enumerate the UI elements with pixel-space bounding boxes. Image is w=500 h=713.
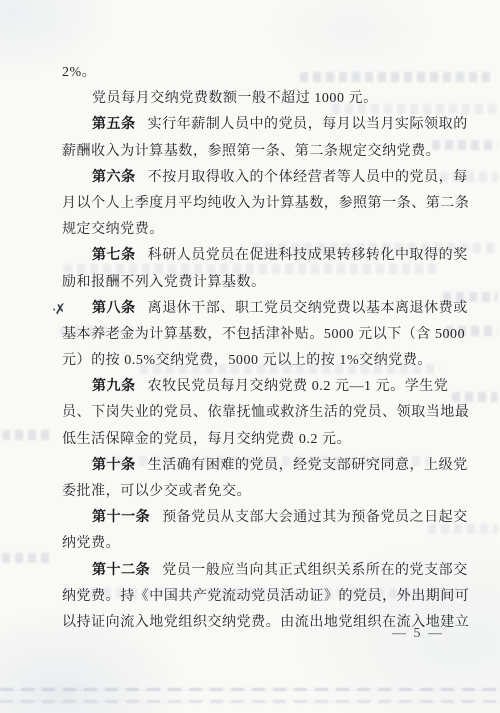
text-line: 第七条科研人员党员在促进科技成果转移转化中取得的奖 [62,243,446,269]
bleed-through-smudge [2,553,54,563]
text-line: 第十二条党员一般应当向其正式组织关系所在的党支部交 [62,558,446,584]
text-line: 纳党费。持《中国共产党流动党员活动证》的党员，外出期间可 [62,584,446,610]
line-text: 党员每月交纳党费数额一般不超过 1000 元。 [92,91,378,106]
text-line: 元）的按 0.5%交纳党费，5000 元以上的按 1%交纳党费。 [62,348,446,374]
text-line: 第十条生活确有困难的党员，经党支部研究同意，上级党 [62,453,446,479]
line-text: 生活确有困难的党员，经党支部研究同意，上级党 [148,458,468,473]
bleed-through-rule [0,700,500,703]
text-line: 基本养老金为计算基数，不包括津补贴。5000 元以下（含 5000 [62,322,446,348]
line-text: 科研人员党员在促进科技成果转移转化中取得的奖 [148,248,468,263]
scanned-document-page: { "page": { "number_label": "— 5 —" }, "… [0,0,500,713]
line-text: 离退休干部、职工党员交纳党费以基本离退休费或 [148,301,468,316]
line-text: 励和报酬不列入党费计算基数。 [62,275,266,290]
bleed-through-smudge [2,430,54,440]
body-text: 2%。党员每月交纳党费数额一般不超过 1000 元。第五条实行年薪制人员中的党员… [62,60,446,636]
article-number-heading: 第十一条 [92,510,150,525]
text-line: 纳党费。 [62,531,446,557]
article-number-heading: 第六条 [92,170,136,185]
text-line: 第六条不按月取得收入的个体经营者等人员中的党员，每 [62,165,446,191]
article-number-heading: 第七条 [92,248,136,263]
line-text: 纳党费。 [62,536,120,551]
text-line: ·✗第八条离退休干部、职工党员交纳党费以基本离退休费或 [62,296,446,322]
bleed-through-rule [0,688,500,691]
line-text: 党员一般应当向其正式组织关系所在的党支部交 [162,563,468,578]
text-line: 2%。 [62,60,446,86]
article-number-heading: 第十条 [92,458,136,473]
text-line: 励和报酬不列入党费计算基数。 [62,270,446,296]
text-line: 以持证向流入地党组织交纳党费。由流出地党组织在流入地建立 [62,610,446,636]
text-line: 员、下岗失业的党员、依靠抚恤或救济生活的党员、领取当地最 [62,400,446,426]
line-text: 委批准，可以少交或者免交。 [62,484,251,499]
text-line: 薪酬收入为计算基数，参照第一条、第二条规定交纳党费。 [62,139,446,165]
line-text: 农牧民党员每月交纳党费 0.2 元—1 元。学生党 [148,379,449,394]
article-number-heading: 第九条 [92,379,136,394]
page-number: — 5 — [392,626,452,642]
text-line: 委批准，可以少交或者免交。 [62,479,446,505]
article-number-heading: 第十二条 [92,563,150,578]
line-text: 2%。 [62,65,96,80]
text-line: 月以个人上季度月平均纯收入为计算基数，参照第一条、第二条 [62,191,446,217]
article-number-heading: 第八条 [92,301,136,316]
line-text: 月以个人上季度月平均纯收入为计算基数，参照第一条、第二条 [62,196,469,211]
text-line: 低生活保障金的党员，每月交纳党费 0.2 元。 [62,427,446,453]
line-text: 基本养老金为计算基数，不包括津补贴。5000 元以下（含 5000 [62,327,465,342]
line-text: 规定交纳党费。 [62,222,164,237]
handwritten-pen-mark: ·✗ [51,296,66,323]
line-text: 实行年薪制人员中的党员，每月以当月实际领取的 [148,117,468,132]
text-line: 第九条农牧民党员每月交纳党费 0.2 元—1 元。学生党 [62,374,446,400]
line-text: 纳党费。持《中国共产党流动党员活动证》的党员，外出期间可 [62,589,469,604]
line-text: 员、下岗失业的党员、依靠抚恤或救济生活的党员、领取当地最 [62,405,469,420]
text-line: 规定交纳党费。 [62,217,446,243]
line-text: 不按月取得收入的个体经营者等人员中的党员，每 [148,170,468,185]
line-text: 低生活保障金的党员，每月交纳党费 0.2 元。 [62,432,351,447]
line-text: 预备党员从支部大会通过其为预备党员之日起交 [162,510,468,525]
line-text: 薪酬收入为计算基数，参照第一条、第二条规定交纳党费。 [62,144,440,159]
text-line: 第十一条预备党员从支部大会通过其为预备党员之日起交 [62,505,446,531]
text-line: 党员每月交纳党费数额一般不超过 1000 元。 [62,86,446,112]
line-text: 元）的按 0.5%交纳党费，5000 元以上的按 1%交纳党费。 [62,353,432,368]
bleed-through-smudge [452,392,498,402]
article-number-heading: 第五条 [92,117,136,132]
text-line: 第五条实行年薪制人员中的党员，每月以当月实际领取的 [62,112,446,138]
